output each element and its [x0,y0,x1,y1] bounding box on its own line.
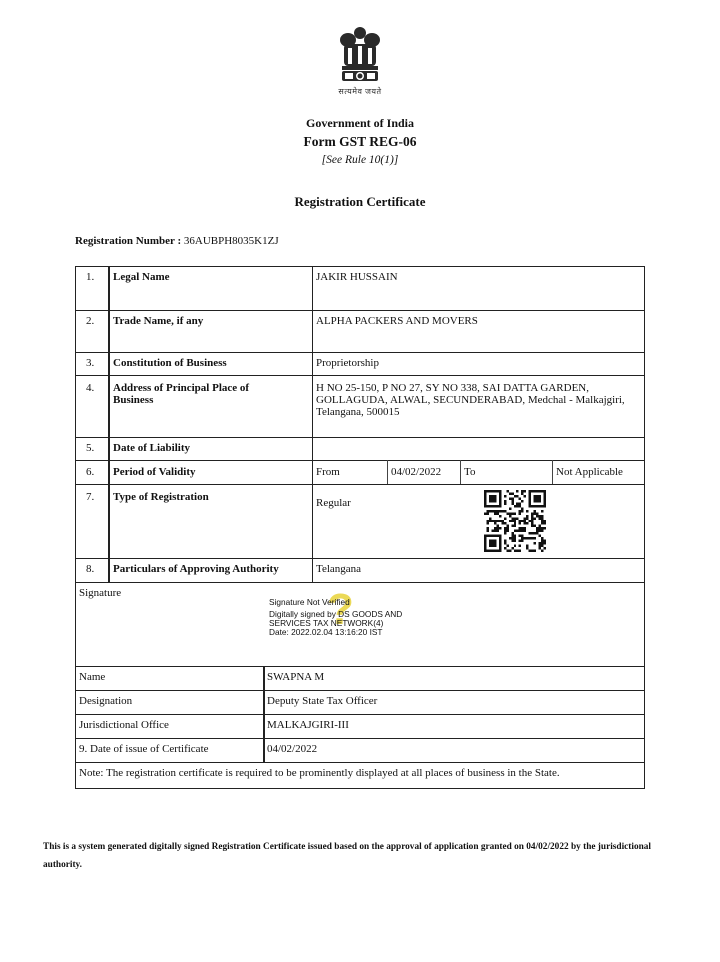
government-heading: Government of India [0,116,720,131]
period-of-validity-label: Period of Validity [110,462,310,478]
row-number: 3. [76,353,108,369]
row-number: 1. [76,267,108,283]
officer-name-label: Name [76,667,262,683]
signature-date: Date: 2022.02.04 13:16:20 IST [269,628,402,637]
date-of-liability-value [313,438,643,442]
designation-label: Designation [76,691,262,707]
validity-to-label: To [461,462,551,478]
footer-disclaimer: This is a system generated digitally sig… [43,838,683,874]
row-number: 6. [76,462,108,478]
national-emblem-icon [334,24,386,86]
legal-name-label: Legal Name [110,267,310,283]
certificate-title: Registration Certificate [0,194,720,210]
row-number: 4. [76,378,108,394]
digital-signature-block: Signature Not Verified Digitally signed … [269,598,402,637]
signature-status: Signature Not Verified [269,598,402,607]
registration-number-value: 36AUBPH8035K1ZJ [184,235,279,247]
signature-label: Signature [76,583,256,599]
jurisdictional-office-value: MALKAJGIRI-III [264,715,644,731]
registration-number-line: Registration Number : 36AUBPH8035K1ZJ [75,235,279,247]
trade-name-label: Trade Name, if any [110,311,310,327]
row-number: 2. [76,311,108,327]
constitution-value: Proprietorship [313,353,643,369]
address-value: H NO 25-150, P NO 27, SY NO 338, SAI DAT… [313,378,638,418]
approving-authority-label: Particulars of Approving Authority [110,559,310,575]
designation-value: Deputy State Tax Officer [264,691,644,707]
row-number: 5. [76,438,108,454]
legal-name-value: JAKIR HUSSAIN [313,267,643,283]
row-number: 7. [76,487,108,503]
form-name: Form GST REG-06 [0,134,720,150]
date-of-issue-value: 04/02/2022 [264,739,644,755]
display-note: Note: The registration certificate is re… [76,763,644,779]
date-of-issue-label: 9. Date of issue of Certificate [76,739,262,755]
validity-from-label: From [313,462,387,478]
row-number: 8. [76,559,108,575]
address-label: Address of Principal Place of Business [110,378,285,406]
approving-authority-value: Telangana [313,559,643,575]
date-of-liability-label: Date of Liability [110,438,310,454]
type-of-registration-value: Regular [313,493,433,509]
constitution-label: Constitution of Business [110,353,310,369]
trade-name-value: ALPHA PACKERS AND MOVERS [313,311,643,327]
validity-to-value: Not Applicable [553,462,644,478]
registration-number-label: Registration Number : [75,235,181,247]
officer-name-value: SWAPNA M [264,667,644,683]
validity-from-date: 04/02/2022 [388,462,460,478]
type-of-registration-label: Type of Registration [110,487,310,503]
rule-reference: [See Rule 10(1)] [0,154,720,166]
jurisdictional-office-label: Jurisdictional Office [76,715,262,731]
qr-code-icon [484,490,546,552]
emblem-motto: सत्यमेव जयते [0,86,720,97]
